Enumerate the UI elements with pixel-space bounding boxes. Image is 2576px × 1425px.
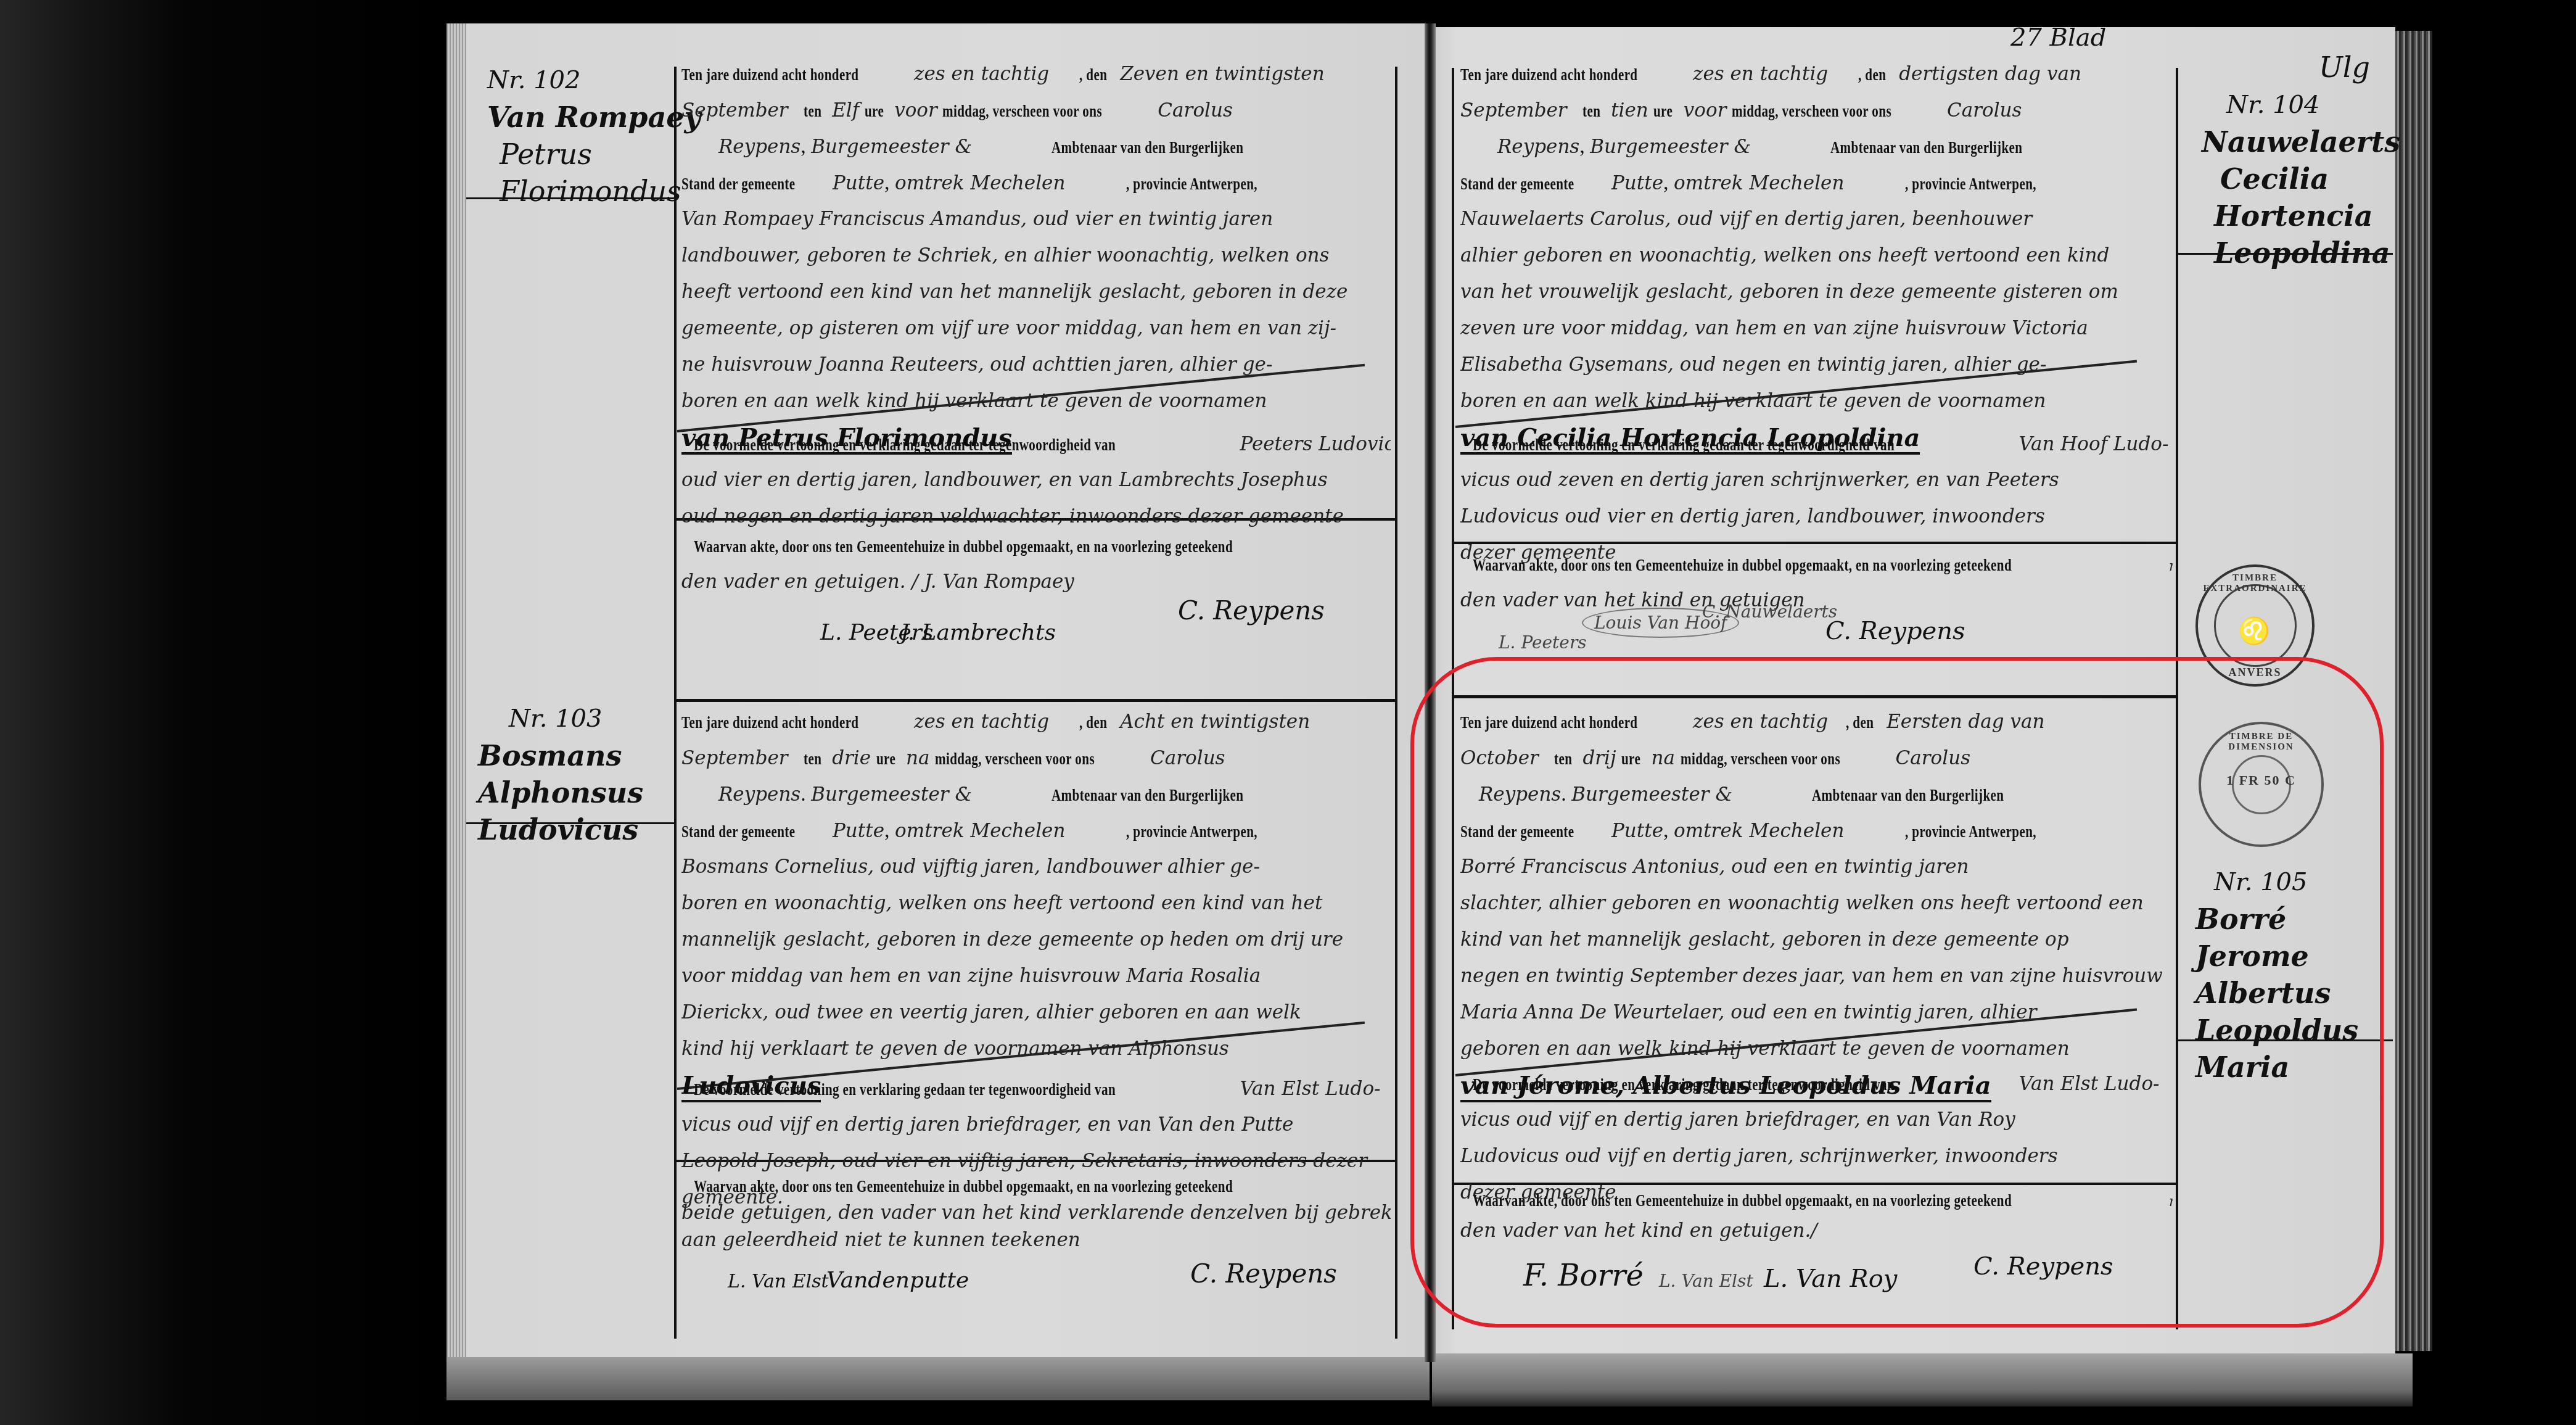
left-page-stacked-edge bbox=[446, 23, 466, 1357]
entry-105-body: Ten jare duizend acht honderd zes en tac… bbox=[1460, 703, 2173, 1104]
signature-father: C. Nauwelaerts bbox=[1702, 601, 1837, 622]
entry-surname: Borré bbox=[2195, 901, 2358, 938]
entry-given-1: Jerome bbox=[2195, 938, 2358, 975]
entry-given-2: Hortencia bbox=[2202, 197, 2400, 234]
entry-given-3: Leopoldus bbox=[2195, 1012, 2358, 1049]
entry-given-1: Alphonsus bbox=[478, 774, 643, 811]
right-page-stacked-edge bbox=[2395, 31, 2432, 1351]
margin-entry-102: Nr. 102 Van Rompaey Petrus Florimondus bbox=[487, 62, 701, 210]
folio-number: 27 Blad bbox=[2010, 23, 2106, 52]
entry-surname: Bosmans bbox=[478, 737, 643, 774]
entry-number: Nr. 104 bbox=[2202, 86, 2400, 123]
signature-witness-2: L. Van Roy bbox=[1764, 1265, 1897, 1293]
signature-witness-2: J. Lambrechts bbox=[900, 620, 1056, 645]
entry-103-closing: Waarvan akte, door ons ten Gemeentehuize… bbox=[681, 1172, 1391, 1254]
entry-given-1: Cecilia bbox=[2202, 160, 2400, 197]
entry-given-1: Petrus bbox=[487, 136, 701, 173]
entry-102-closing: Waarvan akte, door ons ten Gemeentehuize… bbox=[681, 527, 1391, 600]
stamp-timbre-dimension: TIMBRE DE DIMENSION 1 FR 50 C bbox=[2199, 722, 2324, 847]
signature-witness-1: L. Peeters bbox=[1499, 632, 1587, 653]
scan-background bbox=[0, 0, 444, 1425]
entry-number: Nr. 102 bbox=[487, 62, 701, 99]
margin-entry-105: Nr. 105 Borré Jerome Albertus Leopoldus … bbox=[2195, 864, 2358, 1086]
signature-official: C. Reypens bbox=[1825, 617, 1965, 645]
entry-separator-104-105 bbox=[1453, 695, 2176, 698]
left-margin-divider bbox=[674, 67, 677, 1339]
margin-entry-103: Nr. 103 Bosmans Alphonsus Ludovicus bbox=[478, 700, 643, 848]
entry-102-witnesses: De voormelde vertooning en verklaring ge… bbox=[681, 426, 1391, 535]
entry-given-3: Leopoldina bbox=[2202, 234, 2400, 271]
stamp-value: 1 FR 50 C bbox=[2201, 772, 2321, 788]
signature-witness-2: Vandenputte bbox=[826, 1268, 969, 1293]
entry-102-body: Ten jare duizend acht honderd zes en tac… bbox=[681, 56, 1391, 456]
signature-official: C. Reypens bbox=[1190, 1258, 1337, 1289]
entry-103-body: Ten jare duizend acht honderd zes en tac… bbox=[681, 703, 1391, 1104]
entry-surname: Van Rompaey bbox=[487, 99, 701, 136]
corner-mark: Ulg bbox=[2319, 51, 2370, 84]
book-gutter bbox=[1425, 23, 1436, 1362]
entry-number: Nr. 103 bbox=[478, 700, 643, 737]
book-lower-edge-right bbox=[1432, 1353, 2413, 1406]
entry-surname: Nauwelaerts bbox=[2202, 123, 2400, 160]
signature-witness-1: L. Van Elst bbox=[728, 1271, 829, 1292]
lion-emblem-icon: ♌ bbox=[2198, 616, 2312, 646]
entry-105-witnesses: De voormelde vertooning en verklaring ge… bbox=[1460, 1065, 2173, 1202]
entry-given-2: Ludovicus bbox=[478, 811, 643, 848]
signature-witness-1: L. Van Elst bbox=[1659, 1271, 1753, 1291]
entry-104-body: Ten jare duizend acht honderd zes en tac… bbox=[1460, 56, 2173, 456]
signature-father: F. Borré bbox=[1523, 1258, 1644, 1293]
signature-official: C. Reypens bbox=[1973, 1252, 2113, 1281]
book-lower-edge-left bbox=[446, 1357, 1430, 1400]
entry-given-2: Albertus bbox=[2195, 975, 2358, 1012]
signature-official: C. Reypens bbox=[1178, 595, 1325, 626]
entry-105-closing: Waarvan akte, door ons ten Gemeentehuize… bbox=[1460, 1184, 2173, 1246]
right-page-left-border bbox=[1452, 68, 1454, 1329]
entry-number: Nr. 105 bbox=[2195, 864, 2358, 901]
margin-entry-104: Nr. 104 Nauwelaerts Cecilia Hortencia Le… bbox=[2202, 86, 2400, 271]
entry-separator-102-103 bbox=[675, 699, 1395, 702]
entry-given-4: Maria bbox=[2195, 1049, 2358, 1086]
entry-given-2: Florimondus bbox=[487, 173, 701, 210]
right-margin-divider bbox=[2176, 68, 2178, 1329]
left-page-right-border bbox=[1395, 67, 1397, 1339]
stamp-timbre-extraordinaire: TIMBRE EXTRAORDINAIRE ♌ ANVERS bbox=[2195, 564, 2315, 687]
